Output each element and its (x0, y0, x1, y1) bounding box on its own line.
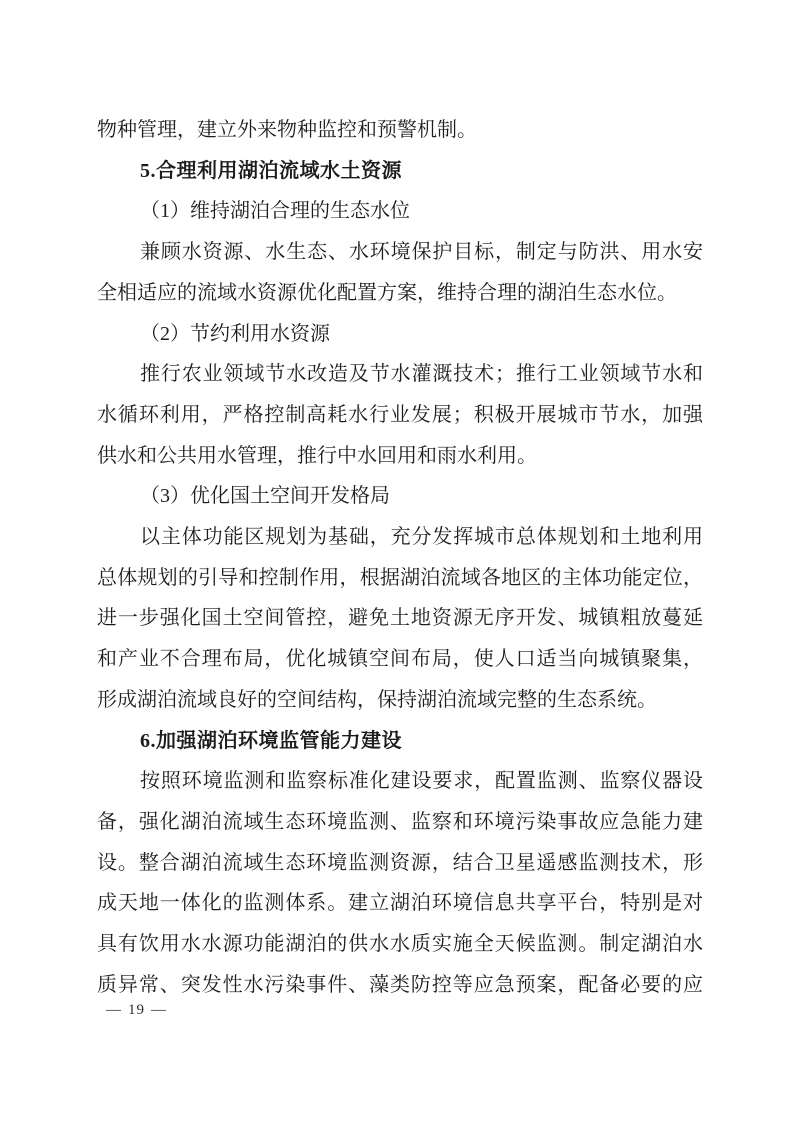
text-line: 成天地一体化的监测体系。建立湖泊环境信息共享平台，特别是对 (97, 883, 703, 924)
text-line: 按照环境监测和监察标准化建设要求，配置监测、监察仪器设 (97, 761, 703, 802)
text-line: 进一步强化国土空间管控，避免土地资源无序开发、城镇粗放蔓延 (97, 598, 703, 639)
text-line: 质异常、突发性水污染事件、藻类防控等应急预案，配备必要的应 (97, 965, 703, 1006)
text-line: 设。整合湖泊流域生态环境监测资源，结合卫星遥感监测技术，形 (97, 843, 703, 884)
footer-dash-right: — (151, 1002, 167, 1019)
section-heading-6: 6.加强湖泊环境监管能力建设 (97, 721, 703, 762)
page-number: 19 (128, 1002, 145, 1019)
footer-dash-left: — (106, 1002, 122, 1019)
text-line: 总体规划的引导和控制作用，根据湖泊流域各地区的主体功能定位， (97, 558, 703, 599)
text-line: 全相适应的流域水资源优化配置方案，维持合理的湖泊生态水位。 (97, 273, 703, 314)
text-line: 兼顾水资源、水生态、水环境保护目标，制定与防洪、用水安 (97, 232, 703, 273)
text-line: 和产业不合理布局，优化城镇空间布局，使人口适当向城镇聚集， (97, 639, 703, 680)
subsection-label-3: （3）优化国土空间开发格局 (97, 476, 703, 517)
page-footer: —19— (100, 1002, 173, 1019)
text-line: 备，强化湖泊流域生态环境监测、监察和环境污染事故应急能力建 (97, 802, 703, 843)
subsection-label-2: （2）节约利用水资源 (97, 314, 703, 355)
subsection-label-1: （1）维持湖泊合理的生态水位 (97, 191, 703, 232)
document-body: 物种管理，建立外来物种监控和预警机制。 5.合理利用湖泊流域水土资源 （1）维持… (97, 110, 703, 1005)
text-line: 具有饮用水水源功能湖泊的供水水质实施全天候监测。制定湖泊水 (97, 924, 703, 965)
text-line: 供水和公共用水管理，推行中水回用和雨水利用。 (97, 436, 703, 477)
text-line: 水循环利用，严格控制高耗水行业发展；积极开展城市节水，加强 (97, 395, 703, 436)
text-line: 推行农业领域节水改造及节水灌溉技术；推行工业领域节水和 (97, 354, 703, 395)
text-line: 物种管理，建立外来物种监控和预警机制。 (97, 110, 703, 151)
text-line: 以主体功能区规划为基础，充分发挥城市总体规划和土地利用 (97, 517, 703, 558)
section-heading-5: 5.合理利用湖泊流域水土资源 (97, 151, 703, 192)
text-line: 形成湖泊流域良好的空间结构，保持湖泊流域完整的生态系统。 (97, 680, 703, 721)
document-page: 物种管理，建立外来物种监控和预警机制。 5.合理利用湖泊流域水土资源 （1）维持… (0, 0, 794, 1123)
